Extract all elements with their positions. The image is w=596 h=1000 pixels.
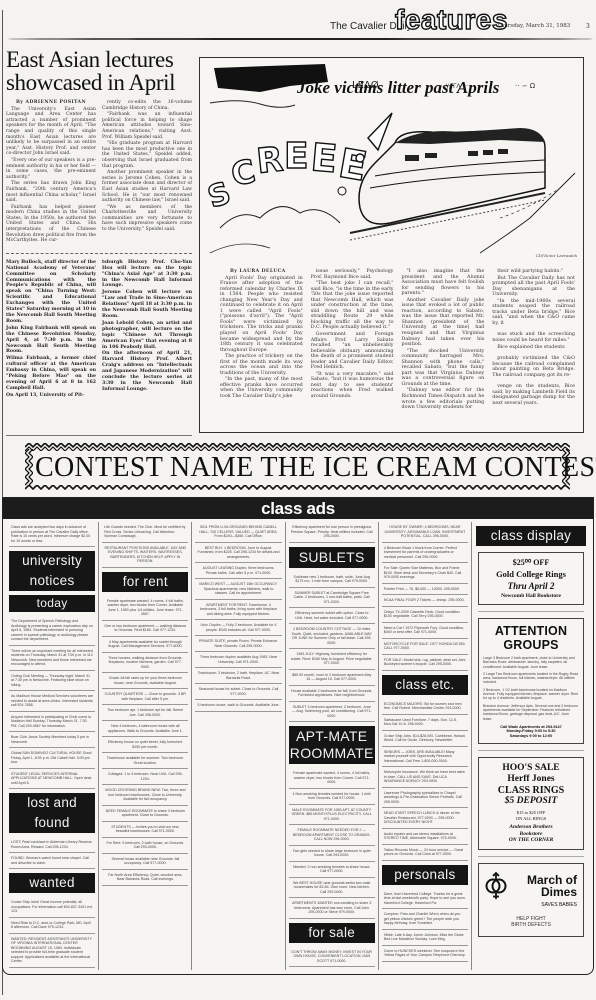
paragraph: "The shocked University community harrag… bbox=[402, 349, 485, 388]
attention-groups-ad: ATTENTION GROUPS Large 3 Bedroom 2 bath … bbox=[478, 618, 584, 744]
category-for-rent: for rent bbox=[102, 572, 188, 592]
paragraph: venge on the students, Bice said, by mak… bbox=[492, 384, 575, 406]
ad-listing: WANTED: RESIDENT ASSISTANTS UNIVERSITY O… bbox=[9, 934, 95, 968]
svg-text:E: E bbox=[309, 135, 339, 181]
ad-listing: Boar Club Janus Society Members today 5 … bbox=[9, 732, 95, 748]
ad-listing: Three bedroom duplex available Aug 1983.… bbox=[195, 652, 281, 668]
category-apt-mate: APT-MATE bbox=[289, 728, 375, 745]
ad-listing: Efficiency house on quiet street, fully … bbox=[102, 737, 188, 753]
zigzag-border-left bbox=[25, 449, 33, 487]
ad-brand: Herff Jones bbox=[483, 774, 579, 785]
schedule-entry: Wilma Fairbank, a former chief cultural … bbox=[6, 356, 96, 391]
ad-listing: Anyone interested in participating in Ch… bbox=[9, 712, 95, 733]
paragraph: Another prominent speaker in the series … bbox=[102, 170, 192, 204]
divider bbox=[6, 435, 192, 436]
ads-column-4: Efficiency apartment for one person in p… bbox=[286, 522, 379, 970]
ad-listing: Grads: All fall rates up for your three-… bbox=[102, 673, 188, 689]
ad-discount: $25⁰⁰ OFF bbox=[483, 558, 579, 567]
paragraph: "Every one of our speakers is a pre-emin… bbox=[6, 158, 96, 180]
contact-line: Saturdays 9:00 to 12:00 bbox=[483, 734, 579, 739]
contest-title: CONTEST NAME THE ICE CREAM CONTEST bbox=[35, 450, 560, 486]
paragraph: The practice of trickery on the first of… bbox=[220, 354, 303, 376]
category-university-notices: university notices bbox=[9, 551, 95, 591]
ad-listing: The Department of Speech Pathology and A… bbox=[9, 616, 95, 646]
ad-listing: APARTMENT FOR RENT. Townhouse, 4 bedroom… bbox=[195, 600, 281, 621]
issue-date: Thursday, March 31, 1983 bbox=[497, 23, 570, 29]
ad-paragraph: 2 Large Two Bedroom apartments located i… bbox=[483, 672, 579, 685]
dimes-name: March of Dimes bbox=[507, 874, 577, 898]
ad-listing: Several house available near Grounds: fa… bbox=[102, 854, 188, 870]
ad-listing: As Madison House Medical Services volunt… bbox=[9, 691, 95, 712]
ad-listing: SUBLET 3 bedroom apartment, 2 bedroom, J… bbox=[289, 702, 375, 723]
class-ads-section: class ads Class ads are accepted two day… bbox=[2, 497, 594, 975]
article-headline: East Asian lectures showcased in April bbox=[6, 48, 192, 94]
ad-deposit: $5 DEPOSIT bbox=[483, 796, 579, 807]
schedule-entry: On April 13, University of Pit- bbox=[6, 393, 96, 399]
ad-listing: Dave, from Haverford College. Thanks for… bbox=[382, 889, 468, 910]
paragraph: "In the past, many of the most effective… bbox=[220, 377, 303, 399]
article-column-2: issue seriously," Psychology Prof. Raymo… bbox=[311, 269, 394, 412]
category-for-sale: for sale bbox=[289, 923, 375, 943]
ad-listing: RESTAURANT POSITIONS AVAILABLE. DAY AND … bbox=[102, 543, 188, 568]
paragraph: "Dabney was editor for the Richmond Time… bbox=[402, 388, 485, 410]
ad-listing: New 4 bedroom, 4 bathroom house with all… bbox=[102, 721, 188, 737]
byline: By LAURA DELUCA bbox=[220, 269, 303, 275]
article-column-2: rently co-edits the 16-volume Cambridge … bbox=[102, 100, 192, 245]
ad-listing: FOUND: Woman's watch found near chapel. … bbox=[9, 853, 95, 869]
march-of-dimes-logo-icon bbox=[485, 872, 507, 900]
paragraph: their wild partying habits." bbox=[492, 269, 575, 275]
ad-listing: One or two bedroom apartment — walking d… bbox=[102, 621, 188, 637]
ad-listing: LOST: Pearl necklace in Alderman Library… bbox=[9, 837, 95, 853]
svg-text:R: R bbox=[255, 139, 285, 182]
ad-store: Newcomb Hall Bookstore bbox=[483, 593, 579, 599]
ad-listing: SENIORS — JOBS, ARE AVAILABLE! Many mark… bbox=[382, 747, 468, 768]
ad-listing: SUMMER SUBLET at Cambridge Square Free C… bbox=[289, 588, 375, 609]
ad-listing: MOTORCYCLE FOR SALE: 1977 HONDA CB 550. … bbox=[382, 639, 468, 655]
schedule-column-2: tsburgh History Prof. Cho-Yun Hsu will l… bbox=[102, 260, 192, 400]
category-class-etc: class etc. bbox=[382, 675, 468, 695]
ad-contact: Call Wade Apartments at 293-9147 Monday-… bbox=[483, 725, 579, 739]
category-apt-mate-roommate: APT-MATE ROOMMATE bbox=[289, 726, 375, 764]
paragraph: The series has drawn John King Fairbank,… bbox=[6, 181, 96, 203]
paragraph: "We as members of the Charlottesville an… bbox=[102, 205, 192, 233]
schedule-entry: John King Fairbank will speak on the Chi… bbox=[6, 326, 96, 356]
ad-listing: $85.00 month, room in 2 bedroom apartmen… bbox=[289, 670, 375, 686]
schedule-entry: On the afternoon of April 21, Harvard Hi… bbox=[102, 351, 192, 392]
ad-listing: Sheepskin rug, 12X, round coffee table. … bbox=[289, 967, 375, 970]
ad-listing: Compton: Pam and Charlie! Who's when do … bbox=[382, 909, 468, 930]
ad-listing: Hildie: Late b-day. Jones Johnson. Miss … bbox=[382, 930, 468, 946]
ad-listing: For Rent: 5 bedroom, 2 bath house, on Gr… bbox=[102, 838, 188, 854]
ad-listing: PRIVATE SUITE, private Room. Private Ent… bbox=[195, 636, 281, 652]
ad-listing: Cottages: 1 to 4 bedroom. Near UVA. Call… bbox=[102, 769, 188, 785]
ad-listing: WOOD CROSSING BRAND NEW: Two, three and … bbox=[102, 785, 188, 806]
masthead-rule bbox=[8, 38, 593, 40]
ad-listing: Global SAN DOMINGO CULTURAL HOUSE Good F… bbox=[9, 748, 95, 769]
ad-listing: FEMALE ROOMMATE NEEDED FOR 2 — BEDROOM A… bbox=[289, 825, 375, 846]
ad-listing: Needed: 2 non-smoking females to share h… bbox=[289, 862, 375, 878]
ad-listing: MALE ROOMMATE FOR 1983 APT. AT COUNTY GR… bbox=[289, 805, 375, 826]
class-ads-columns: Class ads are accepted two days in advan… bbox=[6, 522, 590, 970]
schedule-column-1: Mary Bullock, staff director of the Nati… bbox=[6, 260, 96, 400]
hoos-sale-ad: HOO'S SALE Herff Jones CLASS RINGS $5 DE… bbox=[478, 757, 584, 850]
paragraph: Bice explained the students bbox=[492, 345, 575, 351]
zigzag-border-bottom bbox=[25, 485, 570, 493]
paragraph: rently co-edits the 16-volume Cambridge … bbox=[102, 100, 192, 111]
ad-listing: Female apartmate wanted, 4 rooms, 4 full… bbox=[102, 596, 188, 621]
section-title: features bbox=[395, 5, 508, 35]
ad-listing: AUGUST LEASING Duplex, three bedrooms. P… bbox=[195, 563, 281, 579]
ad-listing: Onkyo TX-2000 Cassette Deck. Good condit… bbox=[382, 607, 468, 623]
gold-rings-ad: $25⁰⁰ OFF Gold College Rings Thru April … bbox=[478, 552, 584, 605]
ad-listing: 4 Non-smoking females needed for house. … bbox=[289, 789, 375, 805]
ad-intro: Class ads are accepted two days in advan… bbox=[9, 522, 95, 547]
ad-listing: Life Guards needed. The Club. Must be ce… bbox=[102, 522, 188, 543]
ads-column-1: Class ads are accepted two days in advan… bbox=[6, 522, 99, 970]
paragraph: Fairbank has helped pioneer modern China… bbox=[6, 205, 96, 244]
ad-listing: NEED FEMALE ROOMMATE to share 3 bedroom … bbox=[102, 806, 188, 822]
svg-text:·· ∽ Ω: ·· ∽ Ω bbox=[515, 82, 536, 90]
paragraph: "I also imagine that the president and t… bbox=[402, 269, 485, 297]
ad-listing: Sarbacane Used Furniture. 7 days. Sun. 1… bbox=[382, 715, 468, 731]
ad-listing: 4 May apartments available for sublet th… bbox=[102, 637, 188, 653]
ad-listing: Lawrence Photography specializes in Chap… bbox=[382, 788, 468, 809]
ad-listing: Female apartmate wanted, 4 rooms, 4 full… bbox=[289, 768, 375, 789]
ad-listing: Need Ride to D.C. area or College Park, … bbox=[9, 918, 95, 934]
ad-listing: Need a Car? 1972 Plymouth Fury. Good con… bbox=[382, 623, 468, 639]
article-column-1: By ADRIENNE POSITAN The University's Eas… bbox=[6, 100, 96, 245]
ad-listing: Group of four non-smoking grads to share… bbox=[9, 968, 95, 971]
paragraph: But The Cavalier Daily has not prompted … bbox=[492, 276, 575, 298]
ad-listing: Sublease new 1 bedroom, bath, suite. Jun… bbox=[289, 572, 375, 588]
illustration-credit: CD/Victor Lavranich bbox=[536, 253, 577, 258]
ad-listing: NCAA FINAL FOUR 2 Tickets — cheap. 295-0… bbox=[382, 595, 468, 607]
ad-listing: 5011 FROM U.VA GROUNDS BEHIND CABELL HAL… bbox=[195, 522, 281, 543]
schedule-entry: Mary Bullock, staff director of the Nati… bbox=[6, 260, 96, 325]
ad-listing: Townhouse: 3 bedroom, 2 bath, fireplace,… bbox=[195, 668, 281, 684]
ad-discount-scope: ON ALL RINGS bbox=[483, 816, 579, 822]
article-joke-victims: LEΔØ /// ΓΛ ··· ·· ∽ Ω S C R E E E bbox=[199, 57, 584, 433]
divider bbox=[478, 856, 584, 857]
ad-listing: APARTMENTS WANTED non-smoking to share 3… bbox=[289, 898, 375, 919]
dimes-message: HELP FIGHT BIRTH DEFECTS bbox=[485, 916, 577, 928]
ad-listing: There will be an important meeting for a… bbox=[9, 646, 95, 671]
paragraph: "Fairbank was an influential political f… bbox=[102, 112, 192, 140]
ad-paragraph: Brandon Avenue: Jefferson Apts. Several … bbox=[483, 704, 579, 721]
paragraph: "His graduate program at Harvard has bee… bbox=[102, 141, 192, 169]
article-body: By ADRIENNE POSITAN The University's Eas… bbox=[6, 100, 192, 245]
ad-listing: Outing Club Meeting — Thursday night, Ma… bbox=[9, 671, 95, 692]
ad-listing: House available 2 bedrooms for fall, fro… bbox=[289, 686, 375, 702]
ad-listing: Tattoo Records Music — 24 hour service —… bbox=[382, 845, 468, 861]
article-east-asian-lectures: East Asian lectures showcased in April B… bbox=[6, 48, 192, 400]
paragraph: "It was a very macabre," said Sabato, "b… bbox=[311, 372, 394, 400]
ad-paragraph: Large 3 Bedroom 2 bath apartment, close … bbox=[483, 656, 579, 669]
paragraph: Another Cavalier Daily joke issue that e… bbox=[402, 298, 485, 348]
ad-listing: Univ. Duplex — Fully 2 bedroom. Availabl… bbox=[195, 620, 281, 636]
divider bbox=[478, 611, 584, 612]
schedule-entry: Joan Lebold Cohen, an artist and photogr… bbox=[102, 321, 192, 351]
dimes-message-line: BIRTH DEFECTS bbox=[485, 922, 577, 928]
schedule-entry: Jerome Cohen will lecture on "Law and Tr… bbox=[102, 290, 192, 320]
ads-column-3: 5011 FROM U.VA GROUNDS BEHIND CABELL HAL… bbox=[192, 522, 285, 970]
ad-listing: Motorcycle insurance. We think we have b… bbox=[382, 767, 468, 788]
ad-listing: Efficiency apartment for one person in p… bbox=[289, 522, 375, 543]
divider bbox=[478, 750, 584, 751]
ad-product: CLASS RINGS bbox=[483, 785, 579, 796]
march-of-dimes-ad: March of Dimes SAVES BABIES HELP FIGHT B… bbox=[478, 863, 584, 937]
ad-listing: Seasonal house for sublet. Close to Grou… bbox=[195, 684, 281, 700]
paragraph: "The best joke I can recall," said Bice,… bbox=[311, 281, 394, 331]
paragraph: issue seriously," Psychology Prof. Raymo… bbox=[311, 269, 394, 280]
category-sublets: SUBLETS bbox=[289, 547, 375, 568]
svg-text:E: E bbox=[284, 136, 309, 177]
ad-deadline: Thru April 2 bbox=[483, 581, 579, 591]
ad-listing: BEST BUY. 1 BEDROOM, June to August. Fur… bbox=[195, 543, 281, 564]
category-today: today bbox=[9, 595, 95, 612]
class-ads-header: class ads bbox=[3, 498, 593, 519]
article-column-3: "I also imagine that the president and t… bbox=[402, 269, 485, 412]
page-number: 3 bbox=[586, 23, 590, 30]
train-cartoon: LEΔØ /// ΓΛ ··· ·· ∽ Ω S C R E E E bbox=[200, 58, 583, 258]
ad-listing: Two girls needed to share large bedroom … bbox=[289, 846, 375, 862]
ad-title: GROUPS bbox=[483, 638, 579, 652]
ad-title: HOO'S SALE bbox=[483, 763, 579, 774]
ads-column-5: HOUSE BY OWNER: 4 BEDROOMS, NEAR UNIVERS… bbox=[379, 522, 472, 970]
article-headline: Joke victims litter past Aprils bbox=[297, 78, 499, 98]
ad-listing: FOR SALE: Model skis, rug, cabinet, desk… bbox=[382, 655, 468, 671]
paragraph: April Fools' Day originated in France af… bbox=[220, 276, 303, 354]
dimes-name-line: Dimes bbox=[507, 886, 577, 898]
lecture-schedule: Mary Bullock, staff director of the Nati… bbox=[6, 260, 192, 400]
ad-listing: COUNTRY QUARTERS — Close to grounds. 3 B… bbox=[102, 689, 188, 705]
ad-listing: Pointer Print — 76. $6,000 — 10000. 295-… bbox=[382, 584, 468, 596]
ad-listing: For Sale: Queen Size Mattress, Box and F… bbox=[382, 563, 468, 584]
ad-listing: Far North Area Efficiency: Quiet, wooded… bbox=[102, 870, 188, 886]
article-body: By LAURA DELUCA April Fools' Day origina… bbox=[220, 269, 575, 412]
ad-listing: ECONOMICS MAJORS: Ski for women and men … bbox=[382, 699, 468, 715]
dimes-header: March of Dimes bbox=[485, 872, 577, 900]
class-display-column: class display $25⁰⁰ OFF Gold College Rin… bbox=[472, 522, 590, 970]
ad-location: ON THE CORNER bbox=[483, 837, 579, 844]
ad-listing: STUDENT LEGAL SERVICES INTERNAL APPLICAT… bbox=[9, 769, 95, 790]
category-wanted: wanted bbox=[9, 873, 95, 893]
article-column-1: By LAURA DELUCA April Fools' Day origina… bbox=[220, 269, 303, 412]
category-roommate: ROOMMATE bbox=[289, 745, 375, 762]
paragraph: was stuck and the screeching noise could… bbox=[492, 332, 575, 343]
ad-listing: DON'T THROW AWAY MONEY, INVEST IN YOUR O… bbox=[289, 947, 375, 968]
ad-listing: 2 BEDROOM COUNTRY COTTAGE — 10 miles Sou… bbox=[289, 624, 375, 649]
ad-listing: Two bedroom apt. 1 bedroom apt for fall.… bbox=[102, 705, 188, 721]
category-personals: personals bbox=[382, 865, 468, 885]
article-column-4: their wild partying habits." But The Cav… bbox=[492, 269, 575, 412]
ad-paragraph: 2 Bedroom, 1 1/2 bath townhouse located … bbox=[483, 688, 579, 701]
ad-listing: 4 Bedroom Block 1 block from Corner. Per… bbox=[382, 543, 468, 564]
dashed-divider bbox=[6, 253, 192, 254]
contest-banner: CONTEST NAME THE ICE CREAM CONTEST bbox=[25, 443, 570, 493]
category-lost-and-found: lost and found bbox=[9, 793, 95, 833]
ads-column-2: Life Guards needed. The Club. Must be ce… bbox=[99, 522, 192, 970]
category-class-display: class display bbox=[476, 526, 586, 546]
svg-text:C: C bbox=[228, 152, 259, 194]
ad-listing: 5 bedroom house, walk to Grounds. Availa… bbox=[195, 700, 281, 712]
ad-listing: Come to HUNCHES weekend. See coupons in … bbox=[382, 946, 468, 962]
ad-listing: HEAD START SPEECH LUNCH & dinner at the … bbox=[382, 808, 468, 829]
byline: By ADRIENNE POSITAN bbox=[6, 100, 96, 106]
paragraph: The University's East Asian Language and… bbox=[6, 107, 96, 157]
ad-title: ATTENTION bbox=[483, 624, 579, 638]
ad-listing: MARICO WEST — AUGUST 15th OCCUPANCY. Spa… bbox=[195, 579, 281, 600]
schedule-entry: tsburgh History Prof. Cho-Yun Hsu will l… bbox=[102, 260, 192, 290]
ad-body: Large 3 Bedroom 2 bath apartment, close … bbox=[483, 656, 579, 721]
dimes-tagline: SAVES BABIES bbox=[485, 902, 577, 908]
ad-listing: Cruise Ship Jobs. $14-$28,000. Caribbean… bbox=[382, 731, 468, 747]
ad-listing: Townhouse available for summer. Two bedr… bbox=[102, 753, 188, 769]
ad-listing: Efficiency summer sublet with option. Cl… bbox=[289, 608, 375, 624]
ad-listing: STUDENTS — Invites you to visit our new,… bbox=[102, 822, 188, 838]
paragraph: probably victimized the C&O because the … bbox=[492, 356, 575, 378]
ad-listing: Cruise Ship Jobs! Great income potential… bbox=[9, 897, 95, 918]
ad-listing: HOUSE BY OWNER: 4 BEDROOMS, NEAR UNIVERS… bbox=[382, 522, 468, 543]
ad-product: Gold College Rings bbox=[483, 569, 579, 579]
ad-listing: 1983 JULY: Highway, furnished efficiency… bbox=[289, 649, 375, 670]
ad-listing: Three houses, walking distance from Grou… bbox=[102, 653, 188, 674]
ad-listing: We BEST HOUSE near grounds seeks two mal… bbox=[289, 878, 375, 899]
ad-listing: Audio repairs and car stereo installatio… bbox=[382, 829, 468, 845]
paragraph: Government and Foreign Affairs Prof. Lar… bbox=[311, 332, 394, 371]
paragraph: "In the mid-1960s several students soape… bbox=[492, 299, 575, 327]
svg-text:S: S bbox=[204, 176, 235, 216]
